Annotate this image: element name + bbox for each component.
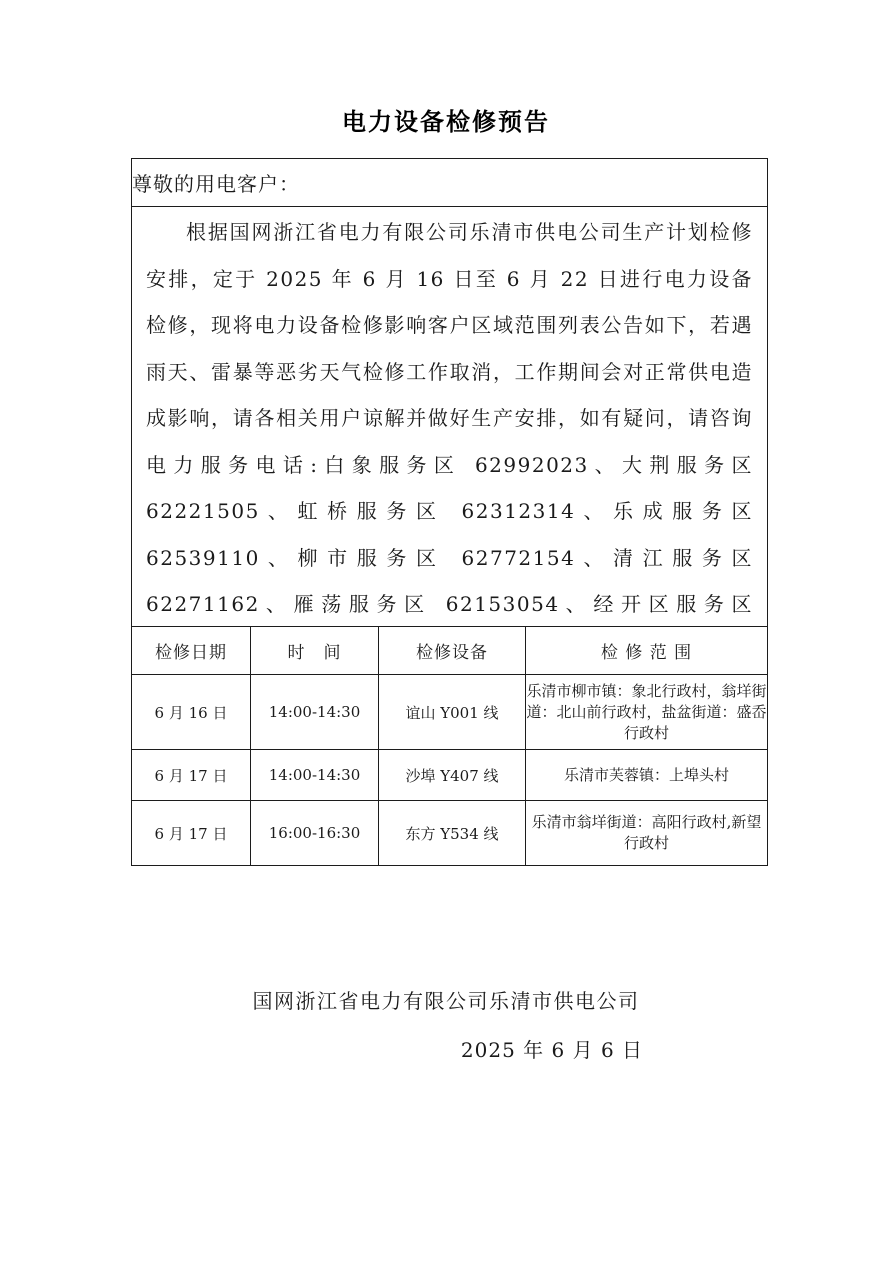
col-header-date: 检修日期 bbox=[132, 627, 251, 675]
cell-time: 16:00-16:30 bbox=[251, 801, 379, 866]
notice-table: 尊敬的用电客户： 根据国网浙江省电力有限公司乐清市供电公司生产计划检修安排，定于… bbox=[131, 158, 768, 866]
greeting-row: 尊敬的用电客户： bbox=[132, 159, 768, 207]
footer-company-name: 国网浙江省电力有限公司乐清市供电公司 bbox=[0, 985, 892, 1014]
cell-range: 乐清市柳市镇：象北行政村，翁垟街道：北山前行政村，盐盆街道：盛岙行政村 bbox=[526, 675, 768, 750]
table-row: 6 月 17 日 14:00-14:30 沙埠 Y407 线 乐清市芙蓉镇：上埠… bbox=[132, 750, 768, 801]
cell-date: 6 月 16 日 bbox=[132, 675, 251, 750]
cell-date: 6 月 17 日 bbox=[132, 801, 251, 866]
table-row: 6 月 17 日 16:00-16:30 东方 Y534 线 乐清市翁垟街道：高… bbox=[132, 801, 768, 866]
cell-range: 乐清市翁垟街道：高阳行政村,新望行政村 bbox=[526, 801, 768, 866]
cell-device: 东方 Y534 线 bbox=[379, 801, 526, 866]
footer-date: 2025 年 6 月 6 日 bbox=[106, 1034, 892, 1063]
cell-range: 乐清市芙蓉镇：上埠头村 bbox=[526, 750, 768, 801]
body-cell: 根据国网浙江省电力有限公司乐清市供电公司生产计划检修安排，定于 2025 年 6… bbox=[132, 207, 768, 627]
col-header-device: 检修设备 bbox=[379, 627, 526, 675]
col-header-time: 时 间 bbox=[251, 627, 379, 675]
body-row: 根据国网浙江省电力有限公司乐清市供电公司生产计划检修安排，定于 2025 年 6… bbox=[132, 207, 768, 627]
table-header-row: 检修日期 时 间 检修设备 检 修 范 围 bbox=[132, 627, 768, 675]
document-page: 电力设备检修预告 尊敬的用电客户： 根据国网浙江省电力有限公司乐清市供电公司生产… bbox=[0, 0, 892, 1262]
table-row: 6 月 16 日 14:00-14:30 谊山 Y001 线 乐清市柳市镇：象北… bbox=[132, 675, 768, 750]
cell-device: 谊山 Y001 线 bbox=[379, 675, 526, 750]
cell-time: 14:00-14:30 bbox=[251, 750, 379, 801]
cell-date: 6 月 17 日 bbox=[132, 750, 251, 801]
col-header-range: 检 修 范 围 bbox=[526, 627, 768, 675]
cell-device: 沙埠 Y407 线 bbox=[379, 750, 526, 801]
notice-body-paragraph: 根据国网浙江省电力有限公司乐清市供电公司生产计划检修安排，定于 2025 年 6… bbox=[132, 207, 767, 626]
greeting-text: 尊敬的用电客户： bbox=[132, 159, 768, 207]
cell-time: 14:00-14:30 bbox=[251, 675, 379, 750]
document-title: 电力设备检修预告 bbox=[0, 102, 892, 137]
